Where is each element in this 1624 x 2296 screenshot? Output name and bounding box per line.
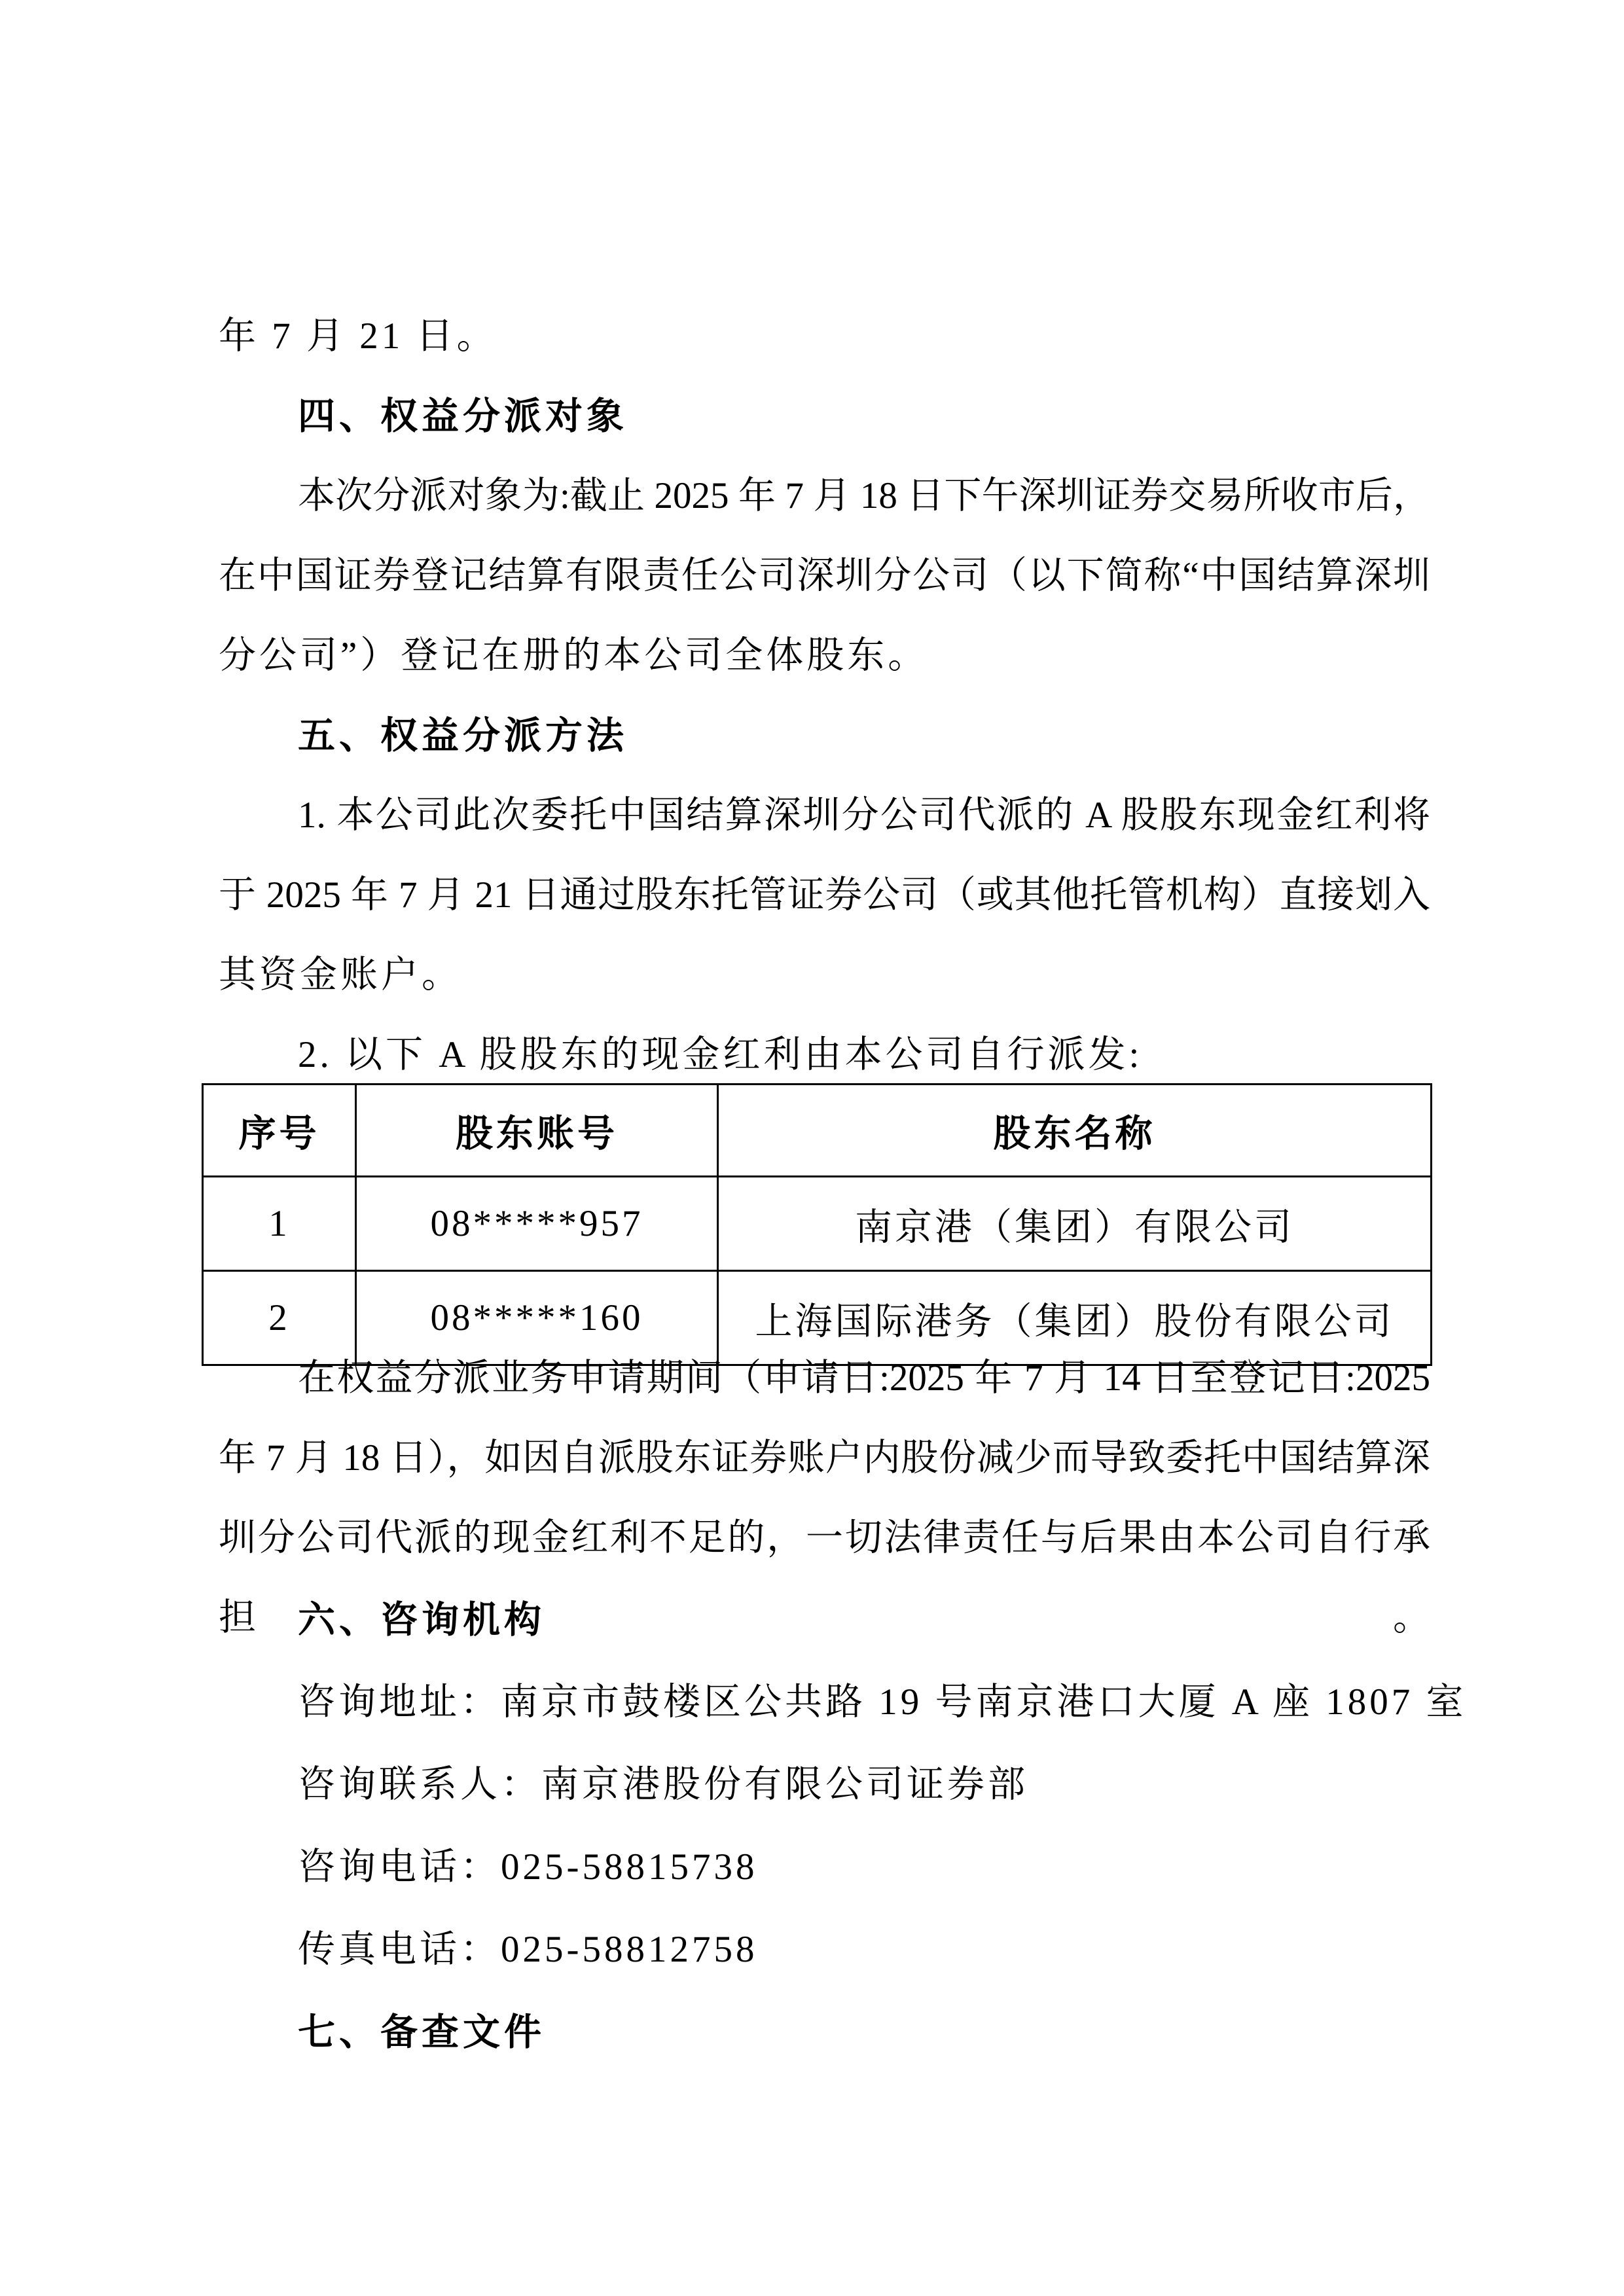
- table-header-account: 股东账号: [356, 1085, 718, 1177]
- cell-name: 南京港（集团）有限公司: [718, 1177, 1432, 1271]
- section-heading-5: 五、权益分派方法: [219, 696, 1430, 776]
- text-line: 年 7 月 18 日），如因自派股东证券账户内股份减少而导致委托中国结算深: [219, 1418, 1430, 1498]
- contact-phone-line: 咨询电话：025-58815738: [219, 1826, 1430, 1909]
- section-heading-7: 七、备查文件: [219, 1991, 1430, 2073]
- text-line: 分公司”）登记在册的本公司全体股东。: [219, 616, 1430, 696]
- text-line: 本次分派对象为:截止 2025 年 7 月 18 日下午深圳证券交易所收市后，: [219, 456, 1430, 536]
- contact-fax-line: 传真电话：025-58812758: [219, 1909, 1430, 1991]
- cell-index: 1: [203, 1177, 356, 1271]
- section-heading-6: 六、咨询机构: [219, 1579, 1430, 1661]
- text-line: 在权益分派业务申请期间（申请日:2025 年 7 月 14 日至登记日:2025: [219, 1338, 1430, 1418]
- text-line: 1. 本公司此次委托中国结算深圳分公司代派的 A 股股东现金红利将: [219, 776, 1430, 855]
- contact-address-line: 咨询地址：南京市鼓楼区公共路 19 号南京港口大厦 A 座 1807 室: [219, 1661, 1430, 1744]
- document-page: 年 7 月 21 日。 四、权益分派对象 本次分派对象为:截止 2025 年 7…: [0, 0, 1624, 2296]
- text-line: 于 2025 年 7 月 21 日通过股东托管证券公司（或其他托管机构）直接划入: [219, 855, 1430, 935]
- table-header-index: 序号: [203, 1085, 356, 1177]
- post-table-paragraph-block: 在权益分派业务申请期间（申请日:2025 年 7 月 14 日至登记日:2025…: [219, 1338, 1430, 1578]
- shareholder-table: 序号 股东账号 股东名称 1 08*****957 南京港（集团）有限公司 2 …: [202, 1083, 1432, 1366]
- contact-person-line: 咨询联系人：南京港股份有限公司证券部: [219, 1744, 1430, 1826]
- contact-block: 六、咨询机构 咨询地址：南京市鼓楼区公共路 19 号南京港口大厦 A 座 180…: [219, 1579, 1430, 2073]
- section-heading-4: 四、权益分派对象: [219, 376, 1430, 456]
- text-line: 其资金账户。: [219, 935, 1430, 1015]
- cell-account: 08*****957: [356, 1177, 718, 1271]
- text-line: 年 7 月 21 日。: [219, 296, 1430, 376]
- text-line: 圳分公司代派的现金红利不足的，一切法律责任与后果由本公司自行承担。: [219, 1498, 1430, 1578]
- table-header-row: 序号 股东账号 股东名称: [203, 1085, 1432, 1177]
- top-paragraph-block: 年 7 月 21 日。 四、权益分派对象 本次分派对象为:截止 2025 年 7…: [219, 296, 1430, 1095]
- text-line: 在中国证券登记结算有限责任公司深圳分公司（以下简称“中国结算深圳: [219, 536, 1430, 616]
- table-header-name: 股东名称: [718, 1085, 1432, 1177]
- table-row: 1 08*****957 南京港（集团）有限公司: [203, 1177, 1432, 1271]
